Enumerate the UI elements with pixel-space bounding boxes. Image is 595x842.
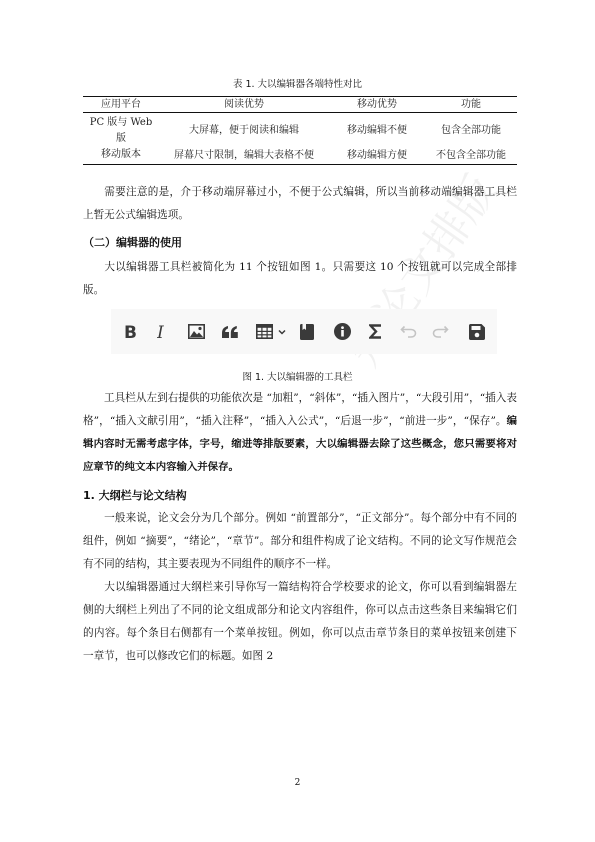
bold-button[interactable]: B bbox=[120, 309, 142, 354]
undo-icon bbox=[400, 325, 417, 338]
note-text: 需要注意的是，介于移动端屏幕过小，不便于公式编辑，所以当前移动端编辑器工具栏上暂… bbox=[83, 186, 517, 221]
table-cell: 移动编辑方便 bbox=[329, 147, 425, 165]
section-heading: （二）编辑器的使用 bbox=[83, 234, 182, 250]
table-header: 功能 bbox=[425, 97, 517, 113]
table-header: 移动优势 bbox=[329, 97, 425, 113]
save-icon bbox=[469, 324, 485, 340]
redo-button[interactable] bbox=[429, 309, 451, 354]
quote-icon bbox=[222, 326, 238, 338]
insert-formula-button[interactable] bbox=[364, 309, 386, 354]
structure-paragraph-2: 大以编辑器通过大纲栏来引导你写一篇结构符合学校要求的论文，你可以看到编辑器左侧的… bbox=[83, 576, 517, 668]
image-icon bbox=[188, 324, 205, 339]
table-cell: PC 版与 Web 版 bbox=[83, 113, 159, 148]
toolbar-intro-text: 大以编辑器工具栏被简化为 11 个按钮如图 1。只需要这 10 个按钮就可以完成… bbox=[83, 261, 517, 296]
table-cell: 包含全部功能 bbox=[425, 113, 517, 148]
block-quote-button[interactable] bbox=[219, 309, 241, 354]
insert-annotation-button[interactable] bbox=[331, 309, 353, 354]
table-cell: 移动编辑不便 bbox=[329, 113, 425, 148]
table-row: 移动版本 屏幕尺寸限制，编辑大表格不便 移动编辑方便 不包含全部功能 bbox=[83, 147, 517, 165]
redo-icon bbox=[432, 325, 449, 338]
table-cell: 大屏幕，便于阅读和编辑 bbox=[159, 113, 329, 148]
structure-text-2: 大以编辑器通过大纲栏来引导你写一篇结构符合学校要求的论文，你可以看到编辑器左侧的… bbox=[83, 581, 517, 662]
info-icon bbox=[334, 323, 351, 340]
table-cell: 不包含全部功能 bbox=[425, 147, 517, 165]
insert-table-button[interactable] bbox=[253, 309, 289, 354]
structure-paragraph-1: 一般来说，论文会分为几个部分。例如 “前置部分”，“正文部分”。每个部分中有不同… bbox=[83, 507, 517, 576]
table-row: PC 版与 Web 版 大屏幕，便于阅读和编辑 移动编辑不便 包含全部功能 bbox=[83, 113, 517, 148]
table-header: 应用平台 bbox=[83, 97, 159, 113]
toolbar-description-text: 工具栏从左到右提供的功能依次是 “加粗”，“斜体”，“插入图片”，“大段引用”，… bbox=[83, 392, 517, 427]
undo-button[interactable] bbox=[397, 309, 419, 354]
table-cell: 屏幕尺寸限制，编辑大表格不便 bbox=[159, 147, 329, 165]
note-paragraph: 需要注意的是，介于移动端屏幕过小，不便于公式编辑，所以当前移动端编辑器工具栏上暂… bbox=[83, 181, 517, 227]
structure-text-1: 一般来说，论文会分为几个部分。例如 “前置部分”，“正文部分”。每个部分中有不同… bbox=[83, 512, 517, 570]
editor-toolbar-figure: B I bbox=[111, 309, 497, 354]
table-caption: 表 1. 大以编辑器各端特性对比 bbox=[0, 76, 595, 90]
table-header: 阅读优势 bbox=[159, 97, 329, 113]
italic-button[interactable]: I bbox=[152, 309, 174, 354]
table-header-row: 应用平台 阅读优势 移动优势 功能 bbox=[83, 97, 517, 113]
bold-icon: B bbox=[124, 324, 138, 340]
subsection-heading: 1. 大纲栏与论文结构 bbox=[83, 487, 187, 503]
svg-text:I: I bbox=[157, 324, 164, 340]
insert-citation-button[interactable] bbox=[296, 309, 318, 354]
insert-image-button[interactable] bbox=[185, 309, 207, 354]
toolbar-description-paragraph: 工具栏从左到右提供的功能依次是 “加粗”，“斜体”，“插入图片”，“大段引用”，… bbox=[83, 387, 517, 479]
bookmark-book-icon bbox=[300, 324, 314, 340]
figure-caption: 图 1. 大以编辑器的工具栏 bbox=[0, 369, 595, 383]
toolbar-intro-paragraph: 大以编辑器工具栏被简化为 11 个按钮如图 1。只需要这 10 个按钮就可以完成… bbox=[83, 256, 517, 302]
table-icon bbox=[256, 324, 273, 339]
page-number: 2 bbox=[0, 778, 595, 788]
comparison-table: 应用平台 阅读优势 移动优势 功能 PC 版与 Web 版 大屏幕，便于阅读和编… bbox=[83, 96, 517, 165]
italic-icon: I bbox=[157, 324, 169, 340]
save-button[interactable] bbox=[466, 309, 488, 354]
svg-text:B: B bbox=[124, 324, 137, 340]
chevron-down-icon[interactable] bbox=[277, 328, 287, 336]
table-cell: 移动版本 bbox=[83, 147, 159, 165]
sigma-icon bbox=[369, 324, 382, 339]
